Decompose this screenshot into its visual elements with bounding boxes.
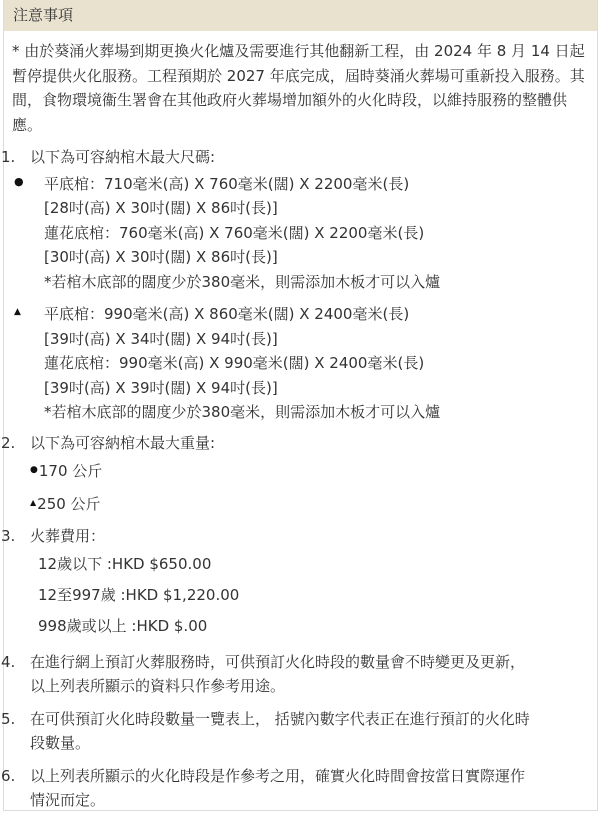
list-number: 4. — [1, 650, 15, 675]
triangle-bullet-icon: ▲ — [30, 498, 36, 507]
size-line: [28吋(高) X 30吋(闊) X 86吋(長)] — [44, 196, 589, 221]
list-item-text: 情況而定。 — [30, 788, 589, 813]
list-item-text: 在可供預訂火化時段數量一覽表上， 括號內數字代表正在進行預訂的火化時 — [30, 707, 589, 732]
fee-line: 12歲以下 :HKD $650.00 — [30, 549, 589, 580]
list-item: 1. 以下為可容納棺木最大尺碼: ● 平底棺：710毫米(高) X 760毫米(… — [4, 145, 589, 425]
weight-value: 250 公斤 — [37, 495, 100, 513]
list-item-text: 火葬費用： — [30, 524, 589, 549]
size-line: 蓮花底棺：990毫米(高) X 990毫米(闊) X 2400毫米(長) — [44, 351, 589, 376]
list-item: 3. 火葬費用： 12歲以下 :HKD $650.00 12至997歲 :HKD… — [4, 524, 589, 642]
size-line: [30吋(高) X 30吋(闊) X 86吋(長)] — [44, 245, 589, 270]
list-item: 2. 以下為可容納棺木最大重量: ●170 公斤 ▲250 公斤 — [4, 431, 589, 521]
list-item-text: 段數量。 — [30, 731, 589, 756]
list-item: 6. 以上列表所顯示的火化時段是作參考之用，確實火化時間會按當日實際運作 情況而… — [4, 764, 589, 813]
intro-paragraph: * 由於葵涌火葬場到期更換火化爐及需要進行其他翻新工程，由 2024 年 8 月… — [4, 31, 597, 137]
circle-bullet-icon: ● — [30, 465, 38, 475]
size-line: 平底棺：710毫米(高) X 760毫米(闊) X 2200毫米(長) — [44, 172, 589, 197]
notice-panel: 注意事項 * 由於葵涌火葬場到期更換火化爐及需要進行其他翻新工程，由 2024 … — [3, 0, 598, 811]
list-item-text: 以下為可容納棺木最大尺碼: — [30, 145, 589, 170]
fee-line: 12至997歲 :HKD $1,220.00 — [30, 580, 589, 611]
size-line: 蓮花底棺：760毫米(高) X 760毫米(闊) X 2200毫米(長) — [44, 221, 589, 246]
intro-text: * 由於葵涌火葬場到期更換火化爐及需要進行其他翻新工程，由 2024 年 8 月… — [12, 42, 585, 134]
list-number: 1. — [1, 145, 15, 170]
size-line: 平底棺：990毫米(高) X 860毫米(闊) X 2400毫米(長) — [44, 302, 589, 327]
size-line: [39吋(高) X 39吋(闊) X 94吋(長)] — [44, 376, 589, 401]
panel-title: 注意事項 — [4, 0, 597, 31]
size-group: ▲ 平底棺：990毫米(高) X 860毫米(闊) X 2400毫米(長) [3… — [30, 302, 589, 425]
list-item-text: 以上列表所顯示的資料只作參考用途。 — [30, 674, 589, 699]
list-item-text: 以下為可容納棺木最大重量: — [30, 431, 589, 456]
list-item-text: 以上列表所顯示的火化時段是作參考之用，確實火化時間會按當日實際運作 — [30, 764, 589, 789]
size-line: [39吋(高) X 34吋(闊) X 94吋(長)] — [44, 327, 589, 352]
weight-line: ●170 公斤 — [30, 455, 589, 487]
list-number: 3. — [1, 524, 15, 549]
fee-line: 998歲或以上 :HKD $.00 — [30, 611, 589, 642]
list-number: 5. — [1, 707, 15, 732]
circle-bullet-icon: ● — [14, 172, 24, 192]
weight-line: ▲250 公斤 — [30, 487, 589, 520]
list-number: 6. — [1, 764, 15, 789]
size-note: *若棺木底部的闊度少於380毫米，則需添加木板才可以入爐 — [44, 270, 589, 295]
size-group: ● 平底棺：710毫米(高) X 760毫米(闊) X 2200毫米(長) [2… — [30, 172, 589, 295]
list-item: 5. 在可供預訂火化時段數量一覽表上， 括號內數字代表正在進行預訂的火化時 段數… — [4, 707, 589, 756]
list-number: 2. — [1, 431, 15, 456]
list-item: 4. 在進行網上預訂火葬服務時，可供預訂火化時段的數量會不時變更及更新， 以上列… — [4, 650, 589, 699]
triangle-bullet-icon: ▲ — [14, 302, 21, 322]
weight-value: 170 公斤 — [39, 462, 102, 480]
size-note: *若棺木底部的闊度少於380毫米，則需添加木板才可以入爐 — [44, 400, 589, 425]
list-item-text: 在進行網上預訂火葬服務時，可供預訂火化時段的數量會不時變更及更新， — [30, 650, 589, 675]
notice-list: 1. 以下為可容納棺木最大尺碼: ● 平底棺：710毫米(高) X 760毫米(… — [4, 145, 589, 813]
